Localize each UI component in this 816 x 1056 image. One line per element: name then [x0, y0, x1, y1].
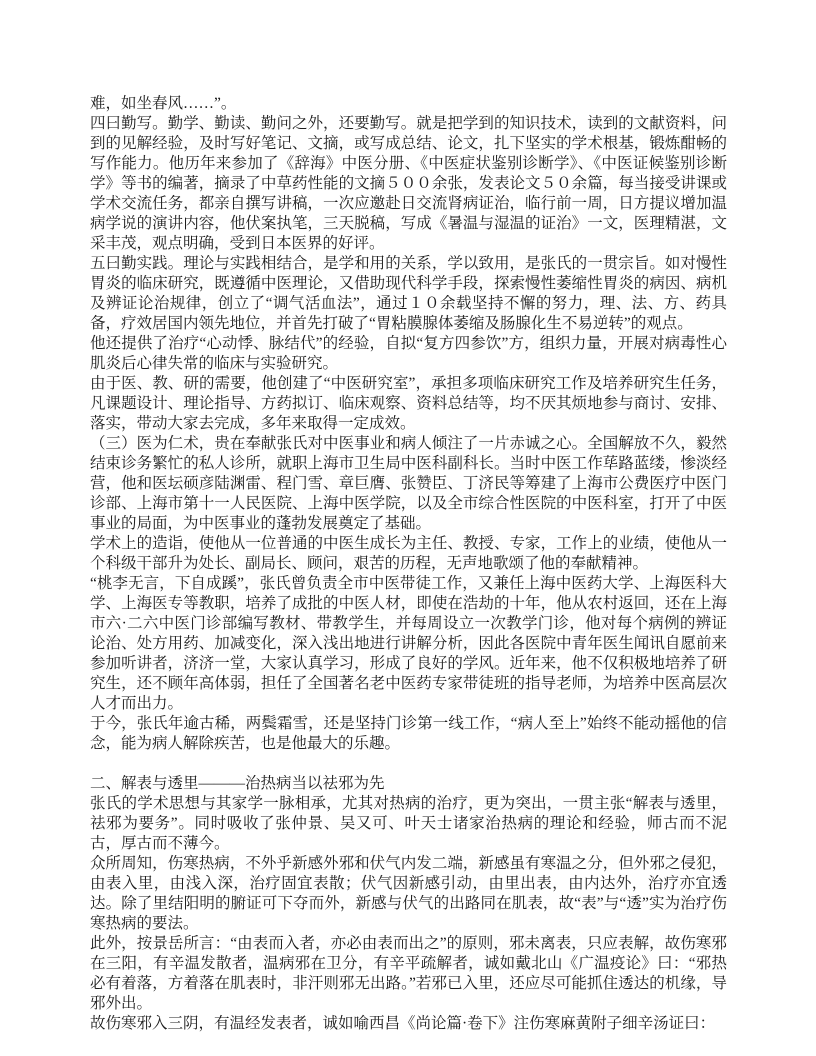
- document-page: 难，如坐春风……”。 四曰勤写。勤学、勤读、勤问之外，还要勤写。就是把学到的知识…: [0, 0, 816, 1056]
- paragraph: 此外，按景岳所言：“由表而入者，亦必由表而出之”的原则，邪未离表，只应表解，故伤…: [90, 934, 727, 1014]
- paragraph: 五曰勤实践。理论与实践相结合，是学和用的关系，学以致用，是张氏的一贯宗旨。如对慢…: [90, 254, 727, 334]
- paragraph: 众所周知，伤寒热病，不外乎新感外邪和伏气内发二端，新感虽有寒温之分，但外邪之侵犯…: [90, 854, 727, 934]
- paragraph: 于今，张氏年逾古稀，两鬓霜雪，还是坚持门诊第一线工作，“病人至上”始终不能动摇他…: [90, 714, 727, 754]
- paragraph: 张氏的学术思想与其家学一脉相承，尤其对热病的治疗，更为突出，一贯主张“解表与透里…: [90, 794, 727, 854]
- paragraph: “桃李无言，下自成蹊”，张氏曾负责全市中医带徒工作，又兼任上海中医药大学、上海医…: [90, 574, 727, 714]
- paragraph: 他还提供了治疗“心动悸、脉结代”的经验，自拟“复方四参饮”方，组织力量，开展对病…: [90, 334, 727, 374]
- paragraph: 学术上的造诣，使他从一位普通的中医生成长为主任、教授、专家，工作上的业绩，使他从…: [90, 534, 727, 574]
- paragraph: 难，如坐春风……”。: [90, 94, 727, 114]
- paragraph: 四曰勤写。勤学、勤读、勤问之外，还要勤写。就是把学到的知识技术，读到的文献资料，…: [90, 114, 727, 254]
- paragraph: 故伤寒邪入三阴，有温经发表者，诚如喻西昌《尚论篇·卷下》注伤寒麻黄附子细辛汤证曰…: [90, 1014, 727, 1034]
- paragraph: 由于医、教、研的需要，他创建了“中医研究室”，承担多项临床研究工作及培养研究生任…: [90, 374, 727, 434]
- paragraph: （三）医为仁术，贵在奉献张氏对中医事业和病人倾注了一片赤诚之心。全国解放不久，毅…: [90, 434, 727, 534]
- section-heading: 二、解表与透里———治热病当以祛邪为先: [90, 774, 727, 794]
